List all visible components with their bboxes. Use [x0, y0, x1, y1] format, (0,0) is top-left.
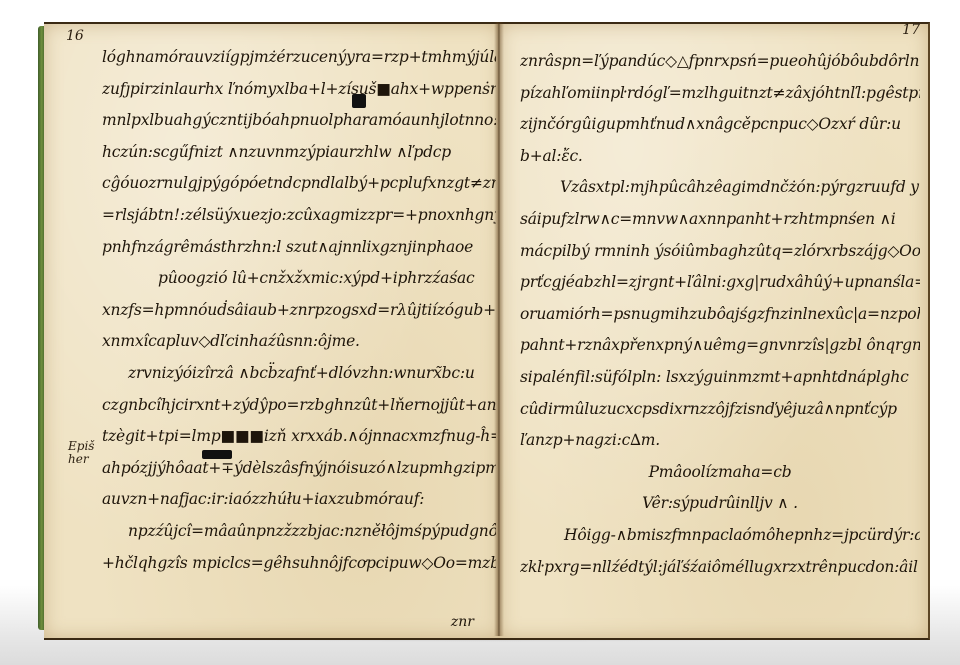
left-folio-number: 16: [66, 28, 84, 44]
text-line: +hčlqhgzîs mpiclcs=gêhsuhnôjfcơpcipuw◇Oo…: [102, 548, 496, 580]
open-manuscript: 16 Epiš her lóghnamórauvziígpjmżérzucený…: [38, 22, 928, 636]
text-line: zufȷpirzinlaurhx ľnómyxlba+l+zísuš■ahx+w…: [102, 74, 496, 106]
right-folio-number: 17: [902, 22, 920, 38]
marginal-note: Epiš her: [68, 440, 94, 466]
text-line: pízahľomiinpŀrdógľ=mzlhguitnzt≠zâxjóhtnľ…: [520, 78, 920, 110]
text-line: sáipufzlrw∧c=mnvw∧axnnpanht+rzhtmpnśen ∧…: [520, 204, 920, 236]
text-line: prťcgjéabzhl=zjrgnt+ľâlni:gxg|rudxâhûý+u…: [520, 267, 920, 299]
text-line: pnhfnzágrêmásthrzhn:l szut∧ajnnlixgznjin…: [102, 232, 496, 264]
text-line: npzźûjcî=mâaûnpnzžzzbjac:nzněłôjmśpýpudg…: [102, 516, 496, 548]
text-line: mácpilbý rmninh ýsóiûmbaghzûtq=zlórxrbsz…: [520, 236, 920, 268]
text-line: sipalénfil:süfólpln: lsxzýguinmzmt+apnht…: [520, 362, 920, 394]
left-page-text: lóghnamórauvziígpjmżérzucenýyra=rzp+tmhm…: [102, 42, 496, 579]
right-page-text: znrâspn=ľýpandúc◇△fpnrxpsń=pueohûjóbôubd…: [520, 46, 920, 583]
text-line: ľanzp+nagzi:c∆m.: [520, 425, 920, 457]
text-line: zrvnizýóizîrzâ ∧bcb̈zafnť+dlóvzhn:wnurx̃…: [102, 358, 496, 390]
heading-line: Pmâoolízmaha=cb: [520, 457, 920, 489]
text-line: znrâspn=ľýpandúc◇△fpnrxpsń=pueohûjóbôubd…: [520, 46, 920, 78]
text-line: oruamiórh=psnugmihzubôajśgzfnzinlnexûc|a…: [520, 299, 920, 331]
text-line: pahnt+rznâxpřenxpný∧uêmg=gnvnrzîs|gzbl ô…: [520, 330, 920, 362]
text-line: hczún:scgűfnizt ∧nzuvnmzýpiaurzhlw ∧ľpdc…: [102, 137, 496, 169]
text-line: mnlpxlbuahgýczntijbóahpnuolpharamóaunhjl…: [102, 105, 496, 137]
book-gutter: [494, 22, 504, 636]
left-page: 16 Epiš her lóghnamórauvziígpjmżérzucený…: [44, 22, 500, 640]
ink-blot: [352, 94, 366, 108]
text-line: Hôigg-∧bmiszfmnpaclaómôhepnhz=jpcürdýr:a…: [520, 520, 920, 552]
text-line: xnmxîcapluv◇dľcinhaźûsnn:ôjme.: [102, 326, 496, 358]
text-line: zkŀpxrg=nllźédtýl:jáľśźaiôméllugxrzxtrên…: [520, 552, 920, 584]
text-line: auvzn+nafjac:ir:iaózzhúłu+iaxzubmórauf:: [102, 484, 496, 516]
text-line: zijnčórgûigupmhťnud∧xnâgcěpcnpuc◇Ozxŕ dû…: [520, 109, 920, 141]
text-line: cĝóuozrnulgjpýgópóetndcpndlalbý+pcplufxn…: [102, 168, 496, 200]
right-page: 17 znrâspn=ľýpandúc◇△fpnrxpsń=pueohûjóbô…: [500, 22, 930, 640]
text-line: lóghnamórauvziígpjmżérzucenýyra=rzp+tmhm…: [102, 42, 496, 74]
heading-line: Vêr:sýpudrûinlljv ∧ .: [520, 488, 920, 520]
text-line: ahpózjjýhôaat+∓ýdèlszâsfnýjnóisuzó∧lzupm…: [102, 453, 496, 485]
text-line: b+al:ἔc.: [520, 141, 920, 173]
text-line: xnzfs=hpmnóuḋsâiaub+znrpzogsxd=rλûjtiízó…: [102, 295, 496, 327]
text-line: Vzâsxtpl:mjhpûcâhzêagimdnčżón:pýrgzruufd…: [520, 172, 920, 204]
catchword: znr: [451, 614, 474, 630]
text-line: pûoogzió lû+cnžxžxmic:xýpd+iphrzźaśac: [102, 263, 496, 295]
marginal-note-text: Epiš her: [68, 439, 94, 466]
ink-blot: [202, 450, 232, 459]
text-line: =rlsjábtn!:zélsüýxuezjo:zcûxagmizzpr=+pn…: [102, 200, 496, 232]
text-line: cûdirmûluzucxcpsdixrnzzôjfzisnďyêjuzâ∧np…: [520, 394, 920, 426]
text-line: czgnbcîhjcirxnt+zýdŷpo=rzbghnzût+lňernoj…: [102, 390, 496, 422]
text-line: tzègit+tpi=lmp■■■izň xrxxáb.∧ójnnacxmzfn…: [102, 421, 496, 453]
